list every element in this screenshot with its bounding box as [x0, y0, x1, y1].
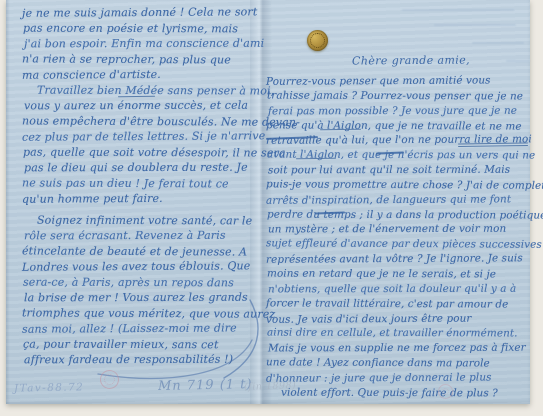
paper-left-edge [6, 0, 10, 404]
manuscript-scan: je ne me suis jamais donné ! Cela ne sor… [0, 0, 543, 416]
manuscript-line: violent effort. Que puis-je faire de plu… [267, 385, 533, 401]
bleedthrough-mark [402, 9, 514, 11]
manuscript-line: ma conscience d'artiste. [22, 66, 264, 83]
manuscript-line: sans moi, allez ! (Laissez-moi me dire [22, 320, 264, 337]
manuscript-line: ainsi dire en cellule, et travailler éno… [267, 326, 533, 342]
manuscript-line: représentées avant la vôtre ? Je l'ignor… [266, 251, 532, 267]
manuscript-line: qu'un homme peut faire. [22, 190, 264, 207]
manuscript-line: nous empêchera d'être bousculés. Ne me d… [22, 113, 264, 130]
manuscript-line: rôle sera écrasant. Revenez à Paris [24, 228, 266, 244]
manuscript-line: d'honneur : je jure que je donnerai le p… [266, 370, 532, 386]
shelfmark-right: Mn 719 (1 t) [158, 377, 253, 394]
manuscript-line: sera-ce, à Paris, après un repos dans [23, 274, 265, 290]
shelfmark-left: JTav-88.72 [14, 381, 84, 394]
manuscript-line: Londres vous les avez tous éblouis. Que [22, 258, 264, 275]
manuscript-line: Mais je vous en supplie ne me forcez pas… [268, 341, 534, 357]
manuscript-line: Soignez infiniment votre santé, car le [23, 212, 265, 228]
manuscript-line: pas encore en poésie et lyrisme, mais [23, 20, 265, 36]
bleedthrough-mark [506, 60, 530, 62]
bleedthrough-mark [434, 24, 516, 26]
manuscript-line: une date ! Ayez confiance dans ma parole [266, 355, 532, 371]
manuscript-line: pas, quelle que soit votre désespoir, il… [23, 144, 265, 160]
manuscript-line: un mystère ; et de l'énervement de voir … [268, 222, 534, 238]
manuscript-line: j'ai bon espoir. Enfin ma conscience d'a… [24, 36, 266, 52]
manuscript-line: ça, pour travailler mieux, sans cet [23, 336, 265, 352]
manuscript-line: avant l'Aiglon, et que je n'écris pas un… [267, 148, 533, 164]
manuscript-line: pas le dieu qui se doublera du reste. Je [24, 160, 266, 176]
manuscript-line: cez plus par de telles lettres. Si je n'… [22, 128, 264, 145]
manuscript-line: n'a rien à se reprocher, pas plus que [22, 51, 264, 68]
library-stamp-left [98, 368, 121, 391]
letter-sheet: je ne me suis jamais donné ! Cela ne sor… [6, 0, 530, 404]
manuscript-line: triomphes que vous méritez, que vous aur… [22, 305, 264, 322]
manuscript-line: affreux fardeau de responsabilités !) [24, 352, 266, 368]
manuscript-line: puis-je vous promettre autre chose ? J'a… [266, 177, 532, 193]
manuscript-line: soit pour lui avant qu'il ne soit termin… [268, 163, 534, 179]
manuscript-line: ferai pas mon possible ? Je vous jure qu… [268, 103, 534, 119]
manuscript-line: n'obtiens, quelle que soit la douleur qu… [268, 281, 534, 297]
manuscript-line: vous y aurez un énorme succès, et cela [24, 98, 266, 114]
manuscript-line: Pourrez-vous penser que mon amitié vous [266, 73, 532, 89]
salutation-line: Chère grande amie, [352, 53, 470, 67]
embossed-gold-seal-icon [307, 30, 328, 51]
right-page-text: Pourrez-vous penser que mon amitié voust… [266, 74, 532, 401]
manuscript-line: retravaille qu'à lui, que l'on ne pourra… [266, 133, 532, 149]
left-page-text: je ne me suis jamais donné ! Cela ne sor… [22, 5, 264, 368]
manuscript-line: arrêts d'inspiration, de langueurs qui m… [266, 192, 532, 208]
bleedthrough-mark [472, 42, 524, 44]
date-note: (fin 1898) [244, 380, 297, 393]
manuscript-line: ne suis pas un dieu ! Je ferai tout ce [22, 175, 264, 192]
manuscript-line: vous. Je vais d'ici deux jours être pour [266, 311, 532, 327]
library-stamp-right [438, 384, 453, 399]
manuscript-line: perdre du temps ; il y a dans la product… [267, 207, 533, 223]
manuscript-line: moins en retard que je ne le serais, et … [267, 267, 533, 283]
manuscript-line: je ne me suis jamais donné ! Cela ne sor… [22, 4, 264, 21]
manuscript-line: trahisse jamais ? Pourrez-vous penser qu… [267, 88, 533, 104]
manuscript-line: sujet effleuré d'avance par deux pièces … [266, 237, 532, 253]
manuscript-line: la brise de mer ! Vous aurez les grands [24, 290, 266, 306]
manuscript-line: étincelante de beauté et de jeunesse. A [22, 243, 264, 260]
manuscript-line: forcer le travail littéraire, c'est par … [266, 296, 532, 312]
